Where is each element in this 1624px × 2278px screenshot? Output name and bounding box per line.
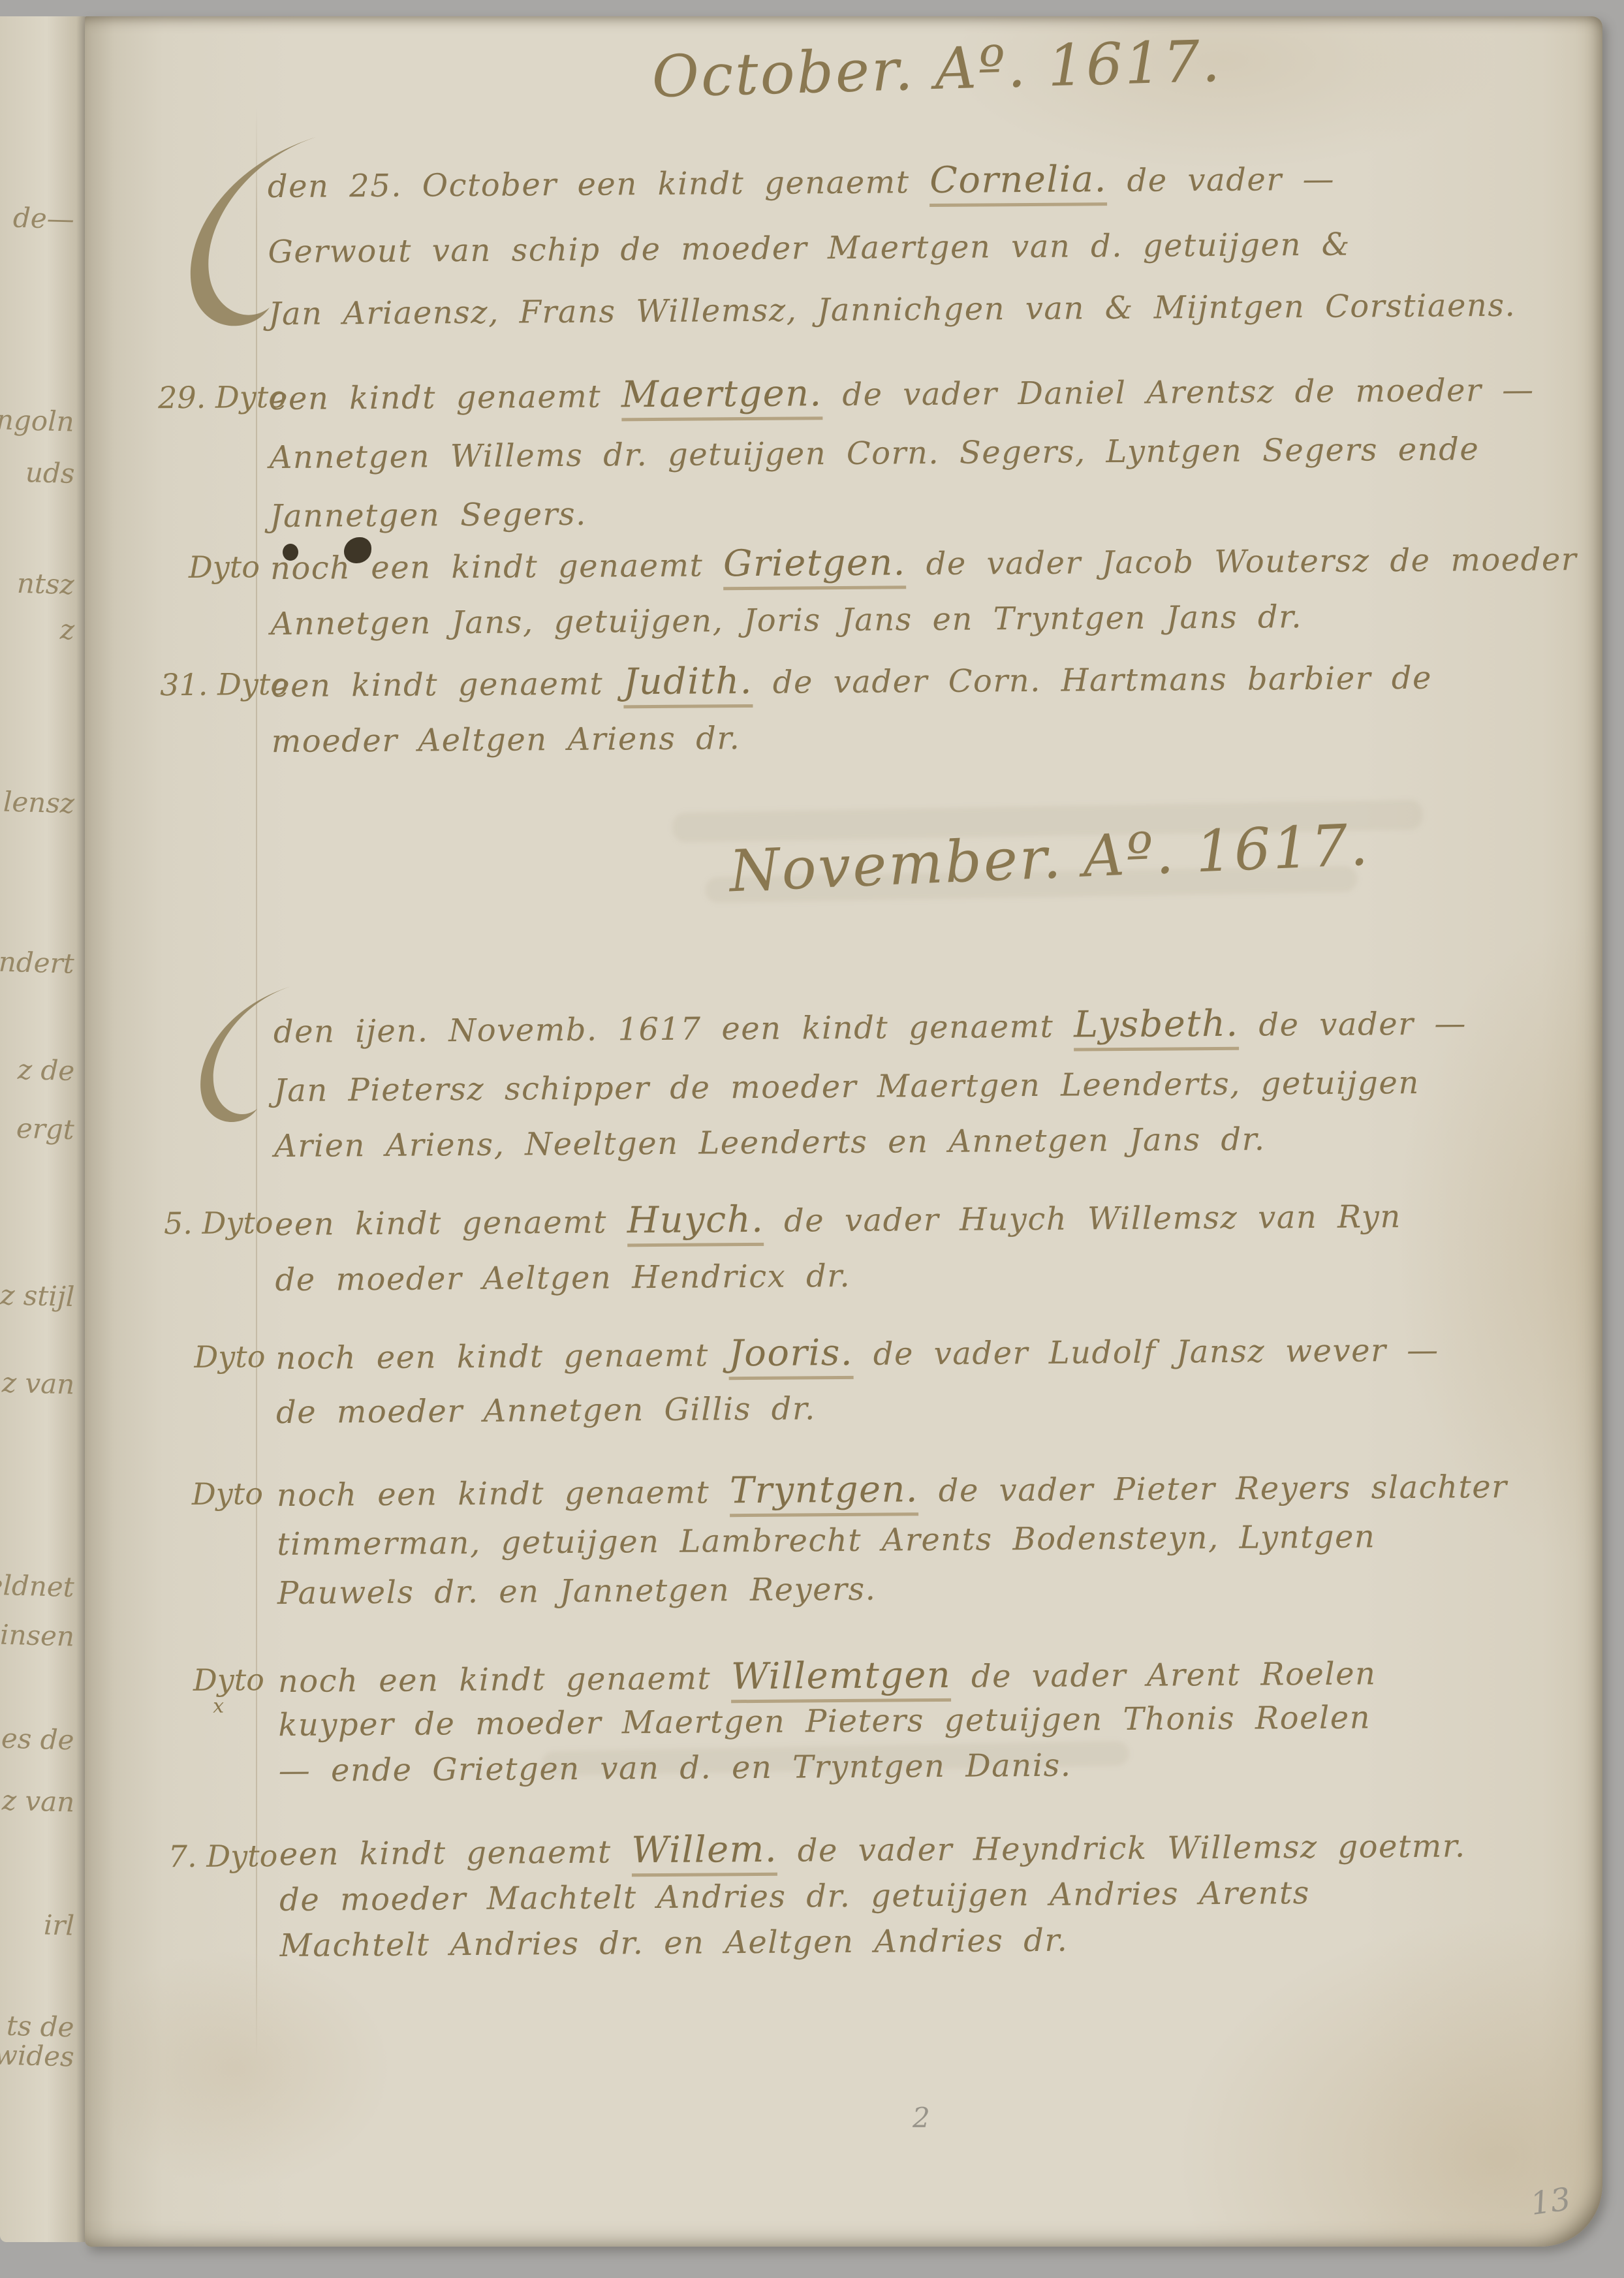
margin-date-label: 29. Dyto: [158, 379, 287, 415]
margin-date-label: 5. Dyto: [164, 1205, 273, 1241]
text-fragment: ts de: [7, 2010, 75, 2044]
child-name: Maertgen.: [621, 372, 822, 421]
entry-margin-date: Dyto: [165, 1453, 276, 1454]
line-text: de vader —: [1238, 1005, 1467, 1043]
line-text: de vader Corn. Hartmans barbier de: [753, 660, 1432, 701]
entry-line: moeder Aeltgen Ariens dr.: [272, 715, 741, 761]
line-text: een kindt genaemt: [275, 1204, 627, 1243]
text-fragment: endert: [0, 945, 75, 980]
text-fragment: esz stijl: [0, 1278, 75, 1313]
margin-date-label: 7. Dyto: [168, 1838, 278, 1874]
margin-date-label: 31. Dyto: [160, 666, 289, 702]
line-text: timmerman, getuijgen Lambrecht Arents Bo…: [277, 1518, 1375, 1563]
margin-date-label: Dyto: [193, 1662, 264, 1698]
margin-date-label: Dyto: [194, 1339, 265, 1375]
entry-line: een kindt genaemt Willem. de vader Heynd…: [279, 1823, 1465, 1874]
entry-line: noch een kindt genaemt Willemtgen de vad…: [278, 1651, 1377, 1701]
line-text: den 25. October een kindt genaemt: [268, 164, 930, 205]
margin-x-mark: x: [213, 1695, 224, 1718]
child-name: Lysbeth.: [1074, 1003, 1239, 1052]
baptism-entry: Dyto x noch een kindt genaemt Willemtgen…: [166, 1630, 1602, 1640]
line-text: de vader Ludolf Jansz wever —: [853, 1332, 1439, 1373]
ink-blot: [283, 544, 298, 561]
line-text: Arien Ariens, Neeltgen Leenderts en Anne…: [274, 1121, 1266, 1164]
line-text: moeder Aeltgen Ariens dr.: [272, 720, 741, 760]
baptism-entry: Dyto noch een kindt genaemt Tryntgen. de…: [165, 1444, 1601, 1454]
child-name: Cornelia.: [929, 158, 1107, 207]
entry-margin-date: Dyto x: [166, 1639, 277, 1640]
line-text: — ende Grietgen van d. en Tryntgen Danis…: [279, 1747, 1072, 1789]
child-name: Jooris.: [728, 1332, 853, 1380]
line-text: de moeder Aeltgen Hendricx dr.: [275, 1258, 851, 1298]
entry-line: een kindt genaemt Maertgen. de vader Dan…: [269, 367, 1535, 419]
text-fragment: ngoln: [0, 403, 75, 437]
baptism-entry: den 25. October een kindt genaemt Cornel…: [156, 122, 1592, 132]
month-header-november: November. Aº. 1617.: [728, 811, 1371, 905]
entry-margin-date: 29. Dyto: [158, 356, 269, 357]
entry-line: Pauwels dr. en Jannetgen Reyers.: [277, 1567, 877, 1613]
line-text: noch een kindt genaemt: [278, 1660, 731, 1700]
entry-line: de moeder Machtelt Andries dr. getuijgen…: [279, 1870, 1310, 1920]
child-name: Willemtgen: [731, 1654, 952, 1703]
line-text: Annetgen Willems dr. getuijgen Corn. Seg…: [270, 431, 1480, 476]
text-fragment: veldnet: [0, 1568, 75, 1603]
line-text: de vader Daniel Arentsz de moeder —: [822, 372, 1534, 414]
text-fragment: lensz: [3, 786, 74, 820]
entry-line: Jan Pietersz schipper de moeder Maertgen…: [273, 1060, 1420, 1110]
line-text: noch een kindt genaemt: [270, 547, 723, 587]
entry-line: noch een kindt genaemt Jooris. de vader …: [275, 1328, 1439, 1378]
text-fragment: z van: [1, 1785, 75, 1818]
folio-number-pencil: 13: [1528, 2181, 1572, 2223]
entry-line: noch een kindt genaemt Tryntgen. de vade…: [277, 1464, 1508, 1515]
text-fragment: de—: [13, 202, 75, 235]
line-text: de moeder Annetgen Gillis dr.: [276, 1390, 816, 1431]
line-text: een kindt genaemt: [271, 665, 623, 704]
line-text: de vader Heyndrick Willemsz goetmr.: [777, 1828, 1466, 1869]
line-text: Jan Ariaensz, Frans Willemsz, Jannichgen…: [268, 287, 1516, 332]
child-name: Grietgen.: [723, 541, 906, 590]
entry-margin-date: 31. Dyto: [160, 644, 271, 644]
line-text: den ijen. Novemb. 1617 een kindt genaemt: [273, 1008, 1074, 1051]
entry-line: — ende Grietgen van d. en Tryntgen Danis…: [279, 1743, 1072, 1790]
line-text: Machtelt Andries dr. en Aeltgen Andries …: [279, 1922, 1068, 1964]
line-text: Gerwout van schip de moeder Maertgen van…: [268, 226, 1351, 271]
entry-line: Gerwout van schip de moeder Maertgen van…: [268, 222, 1351, 272]
margin-date-label: Dyto: [192, 1476, 263, 1512]
text-fragment: ergt: [16, 1112, 75, 1146]
text-fragment: es de: [1, 1723, 75, 1756]
entry-line: noch een kindt genaemt Grietgen. de vade…: [270, 537, 1578, 588]
text-fragment: uds: [25, 456, 75, 490]
entry-line: Machtelt Andries dr. en Aeltgen Andries …: [279, 1918, 1068, 1965]
entry-line: de moeder Annetgen Gillis dr.: [276, 1386, 816, 1432]
entry-line: Jan Ariaensz, Frans Willemsz, Jannichgen…: [268, 283, 1516, 334]
line-text: de vader Huych Willemsz van Ryn: [764, 1198, 1401, 1240]
baptism-entry: 29. Dyto een kindt genaemt Maertgen. de …: [158, 347, 1594, 357]
entry-margin-date: Dyto: [164, 1313, 275, 1313]
entry-line: den 25. October een kindt genaemt Cornel…: [268, 157, 1335, 206]
line-text: de vader Jacob Woutersz de moeder: [906, 541, 1578, 582]
text-fragment: z van: [1, 1367, 75, 1401]
line-text: noch een kindt genaemt: [275, 1337, 728, 1377]
line-text: noch een kindt genaemt: [277, 1474, 730, 1514]
text-fragment: t ghinsen: [0, 1617, 75, 1652]
child-name: Huych.: [627, 1198, 764, 1247]
line-text: een kindt genaemt: [269, 378, 621, 417]
text-fragment: irl: [43, 1909, 74, 1941]
line-text: Jannetgen Segers.: [270, 496, 587, 535]
entry-margin-date: 7. Dyto: [168, 1812, 279, 1813]
text-fragment: z: [59, 614, 74, 646]
entry-margin-date: 5. Dyto: [163, 1179, 274, 1179]
baptism-entry: 5. Dyto een kindt genaemt Huych. de vade…: [163, 1170, 1599, 1179]
baptism-entry: 7. Dyto een kindt genaemt Willem. de vad…: [168, 1803, 1604, 1813]
entry-line: Arien Ariens, Neeltgen Leenderts en Anne…: [274, 1116, 1266, 1166]
line-text: de vader —: [1107, 161, 1335, 199]
entry-line: timmerman, getuijgen Lambrecht Arents Bo…: [277, 1514, 1375, 1564]
line-text: kuyper de moeder Maertgen Pieters getuij…: [278, 1699, 1371, 1743]
entry-line: kuyper de moeder Maertgen Pieters getuij…: [278, 1694, 1371, 1745]
child-name: Judith.: [623, 660, 753, 708]
margin-date-label: Dyto: [189, 549, 260, 585]
entry-line: Jannetgen Segers.: [270, 491, 587, 536]
entry-line: een kindt genaemt Huych. de vader Huych …: [275, 1194, 1401, 1244]
line-text: de vader Arent Roelen: [951, 1655, 1377, 1695]
facing-page-edge: de— ngoln uds ntsz z lensz endert z de e…: [0, 16, 85, 2242]
entry-margin-date: [156, 131, 267, 132]
entry-line: den ijen. Novemb. 1617 een kindt genaemt…: [273, 1001, 1467, 1052]
entry-line: Annetgen Jans, getuijgen, Joris Jans en …: [270, 594, 1302, 644]
line-text: de moeder Machtelt Andries dr. getuijgen…: [279, 1875, 1310, 1918]
line-text: Pauwels dr. en Jannetgen Reyers.: [277, 1571, 877, 1612]
entry-margin-date: [162, 983, 273, 984]
month-header-october: October. Aº. 1617.: [651, 27, 1223, 110]
baptism-entry: Dyto noch een kindt genaemt Jooris. de v…: [164, 1303, 1601, 1313]
entry-line: een kindt genaemt Judith. de vader Corn.…: [271, 655, 1432, 706]
page-content: October. Aº. 1617. den 25. October een k…: [77, 11, 1610, 2252]
text-fragment: ntsz: [17, 567, 75, 601]
line-text: Jan Pietersz schipper de moeder Maertgen…: [273, 1065, 1420, 1109]
entry-line: Annetgen Willems dr. getuijgen Corn. Seg…: [270, 426, 1480, 477]
entry-line: de moeder Aeltgen Hendricx dr.: [275, 1253, 851, 1300]
manuscript-page: October. Aº. 1617. den 25. October een k…: [85, 16, 1602, 2247]
entry-margin-date: Dyto: [159, 526, 270, 527]
text-fragment: wides: [0, 2038, 75, 2072]
child-name: Tryntgen.: [730, 1468, 919, 1517]
baptism-entry: den ijen. Novemb. 1617 een kindt genaemt…: [162, 974, 1598, 984]
text-fragment: z de: [17, 1053, 74, 1087]
line-text: Annetgen Jans, getuijgen, Joris Jans en …: [270, 599, 1302, 642]
line-text: de vader Pieter Reyers slachter: [918, 1469, 1508, 1509]
line-text: een kindt genaemt: [279, 1833, 632, 1873]
page-number-pencil: 2: [913, 2102, 930, 2134]
manuscript-scan: de— ngoln uds ntsz z lensz endert z de e…: [0, 0, 1624, 2278]
child-name: Willem.: [631, 1828, 777, 1877]
